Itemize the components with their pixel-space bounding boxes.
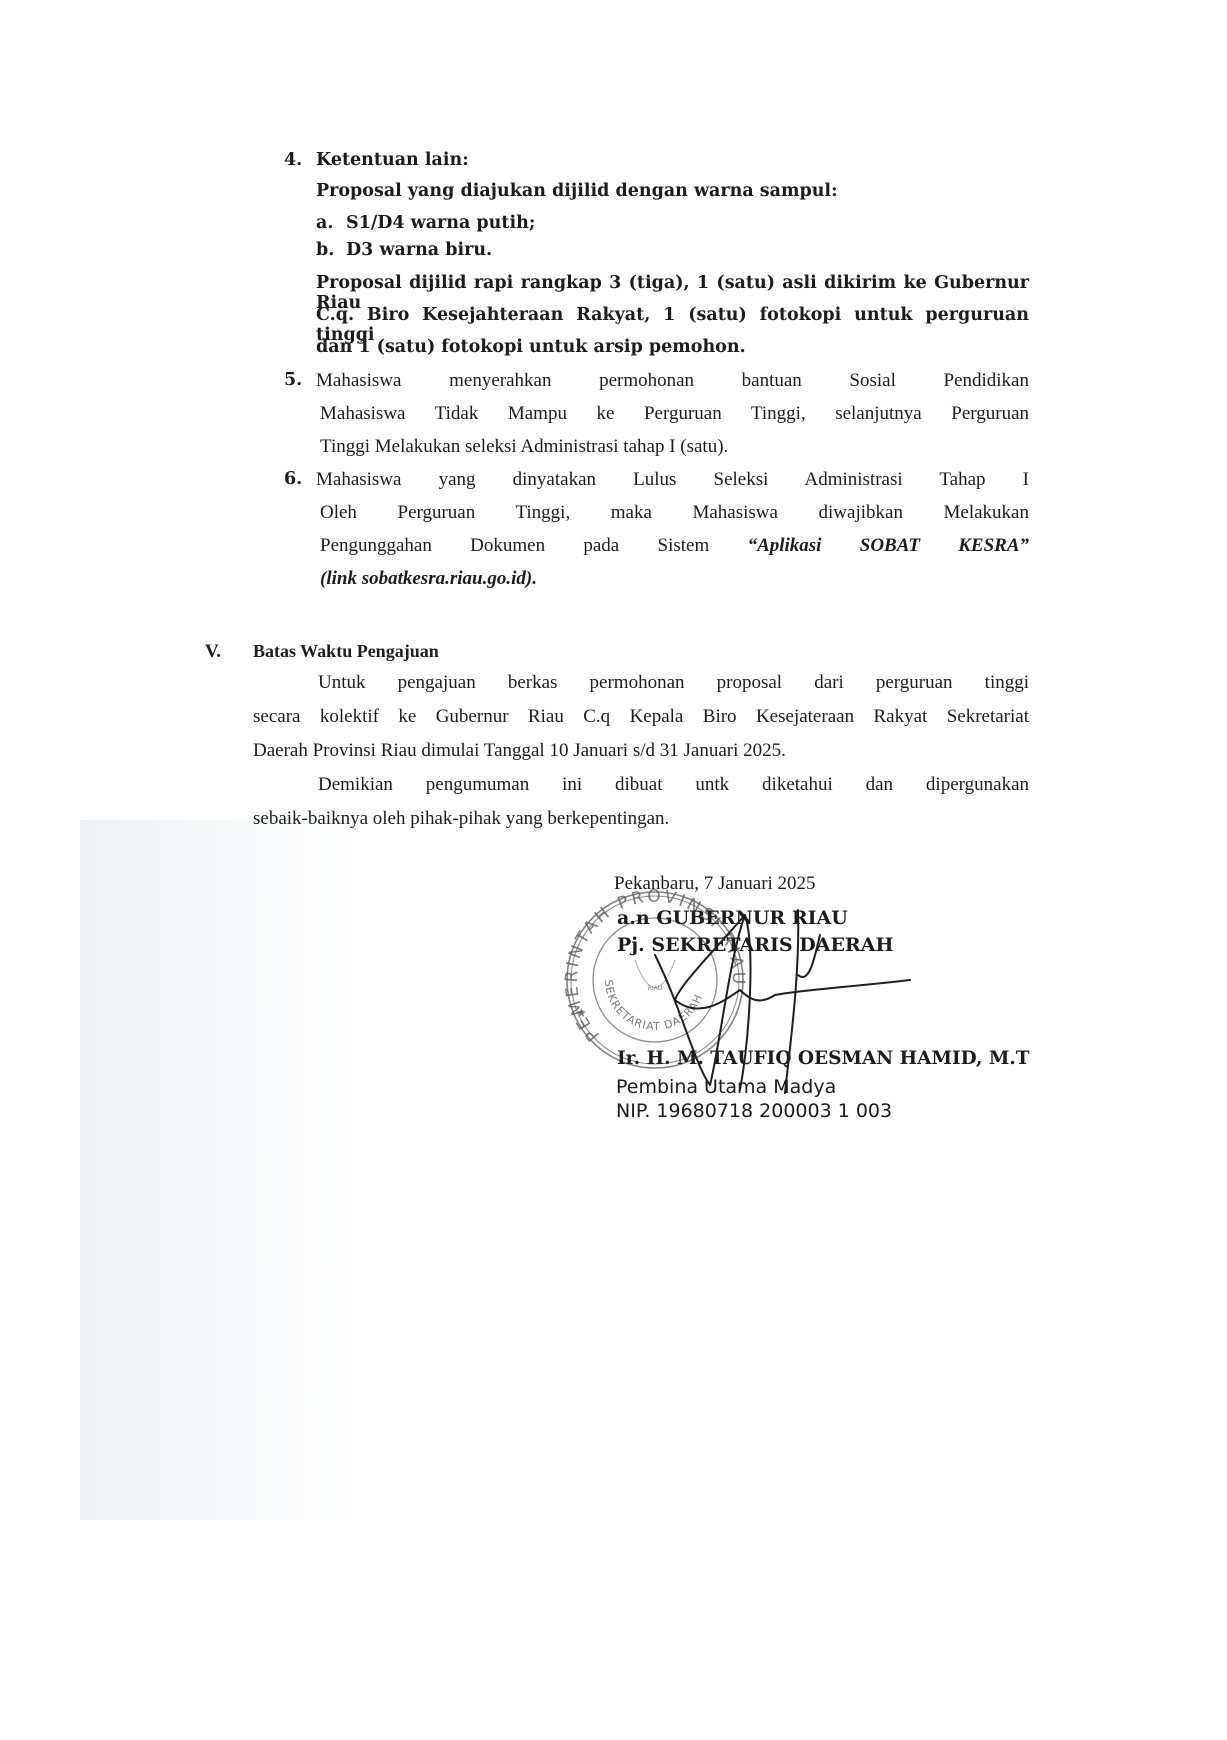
section-v-p2-line-2: sebaik-baiknya oleh pihak-pihak yang ber…	[253, 808, 669, 830]
item-6-line-3: Pengunggahan Dokumen pada Sistem “Aplika…	[320, 535, 1029, 557]
item-4-number: 4.	[284, 150, 302, 170]
section-v-p1-line-1: Untuk pengajuan berkas permohonan propos…	[318, 672, 1029, 694]
option-a-text: S1/D4 warna putih;	[346, 213, 535, 233]
app-link: (link sobatkesra.riau.go.id).	[320, 568, 537, 590]
item-6-line-2: Oleh Perguruan Tinggi, maka Mahasiswa di…	[320, 502, 1029, 524]
handwritten-signature-icon	[650, 895, 920, 1095]
place-date: Pekanbaru, 7 Januari 2025	[614, 873, 816, 895]
section-v-title: Batas Waktu Pengajuan	[253, 641, 439, 662]
section-v-p1-line-3: Daerah Provinsi Riau dimulai Tanggal 10 …	[253, 740, 786, 762]
option-a-mark: a.	[316, 213, 333, 233]
item-4-line-3: dan 1 (satu) fotokopi untuk arsip pemoho…	[316, 337, 746, 357]
item-5-line-2: Mahasiswa Tidak Mampu ke Perguruan Tingg…	[320, 403, 1029, 425]
item-4-title: Ketentuan lain:	[316, 150, 469, 170]
section-v-p2-line-1: Demikian pengumuman ini dibuat untk dike…	[318, 774, 1029, 796]
scan-shadow	[80, 820, 360, 1520]
item-6-line-1: Mahasiswa yang dinyatakan Lulus Seleksi …	[316, 469, 1029, 491]
item-6-line-3-text: Pengunggahan Dokumen pada Sistem	[320, 535, 709, 556]
item-5-number: 5.	[284, 370, 302, 390]
section-v-p1-line-2: secara kolektif ke Gubernur Riau C.q Kep…	[253, 706, 1029, 728]
item-4-intro: Proposal yang diajukan dijilid dengan wa…	[316, 181, 838, 201]
item-6-number: 6.	[284, 469, 302, 489]
svg-text:★: ★	[576, 1006, 587, 1020]
option-b-text: D3 warna biru.	[346, 240, 492, 260]
option-b-mark: b.	[316, 240, 334, 260]
app-name: “Aplikasi SOBAT KESRA”	[748, 535, 1029, 556]
item-5-line-1: Mahasiswa menyerahkan permohonan bantuan…	[316, 370, 1029, 392]
item-5-line-3: Tinggi Melakukan seleksi Administrasi ta…	[320, 436, 728, 458]
section-v-number: V.	[205, 641, 221, 663]
signatory-nip: NIP. 19680718 200003 1 003	[616, 1100, 892, 1122]
